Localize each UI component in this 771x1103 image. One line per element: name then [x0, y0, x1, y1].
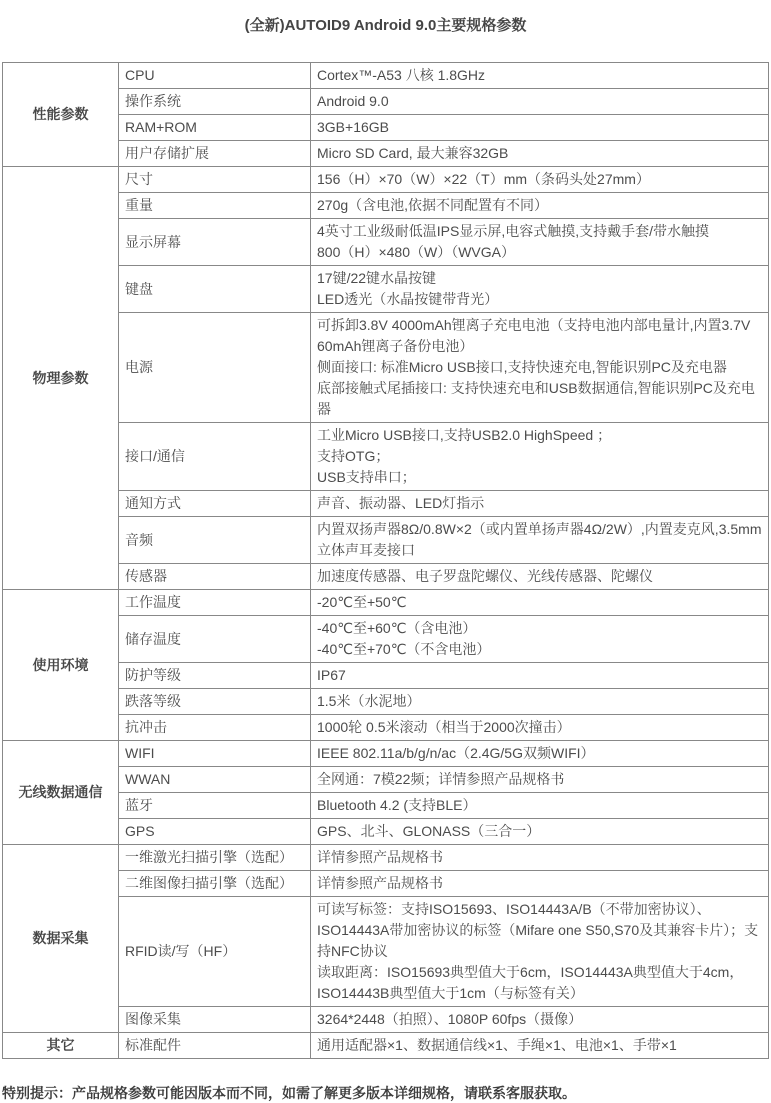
param-cell: 一维激光扫描引擎（选配）	[119, 845, 311, 871]
param-cell: WIFI	[119, 741, 311, 767]
value-cell: 3GB+16GB	[311, 115, 769, 141]
table-row: 性能参数 CPU Cortex™-A53 八核 1.8GHz	[3, 63, 769, 89]
value-cell: 270g（含电池,依据不同配置有不同）	[311, 193, 769, 219]
param-cell: 储存温度	[119, 616, 311, 663]
value-cell: Android 9.0	[311, 89, 769, 115]
param-cell: 跌落等级	[119, 689, 311, 715]
param-cell: RFID读/写（HF）	[119, 897, 311, 1007]
table-row: 使用环境 工作温度 -20℃至+50℃	[3, 590, 769, 616]
param-cell: 键盘	[119, 266, 311, 313]
value-cell: 通用适配器×1、数据通信线×1、手绳×1、电池×1、手带×1	[311, 1033, 769, 1059]
value-cell: IEEE 802.11a/b/g/n/ac（2.4G/5G双频WIFI）	[311, 741, 769, 767]
param-cell: 通知方式	[119, 491, 311, 517]
param-cell: 抗冲击	[119, 715, 311, 741]
value-cell: 156（H）×70（W）×22（T）mm（条码头处27mm）	[311, 167, 769, 193]
param-cell: 图像采集	[119, 1007, 311, 1033]
value-cell: 声音、振动器、LED灯指示	[311, 491, 769, 517]
param-cell: 接口/通信	[119, 423, 311, 491]
table-row: 数据采集 一维激光扫描引擎（选配） 详情参照产品规格书	[3, 845, 769, 871]
value-cell: 3264*2448（拍照）、1080P 60fps（摄像）	[311, 1007, 769, 1033]
param-cell: GPS	[119, 819, 311, 845]
param-cell: 传感器	[119, 564, 311, 590]
param-cell: 电源	[119, 313, 311, 423]
category-cell-performance: 性能参数	[3, 63, 119, 167]
category-cell-environment: 使用环境	[3, 590, 119, 741]
param-cell: 标准配件	[119, 1033, 311, 1059]
param-cell: 工作温度	[119, 590, 311, 616]
param-cell: 防护等级	[119, 663, 311, 689]
category-cell-physical: 物理参数	[3, 167, 119, 590]
category-cell-data-capture: 数据采集	[3, 845, 119, 1033]
value-cell: 详情参照产品规格书	[311, 845, 769, 871]
param-cell: 二维图像扫描引擎（选配）	[119, 871, 311, 897]
param-cell: 显示屏幕	[119, 219, 311, 266]
spec-table: 性能参数 CPU Cortex™-A53 八核 1.8GHz 操作系统 Andr…	[2, 62, 769, 1059]
param-cell: 蓝牙	[119, 793, 311, 819]
param-cell: CPU	[119, 63, 311, 89]
category-cell-wireless: 无线数据通信	[3, 741, 119, 845]
table-row: 其它 标准配件 通用适配器×1、数据通信线×1、手绳×1、电池×1、手带×1	[3, 1033, 769, 1059]
value-cell: -40℃至+60℃（含电池） -40℃至+70℃（不含电池）	[311, 616, 769, 663]
param-cell: RAM+ROM	[119, 115, 311, 141]
value-cell: GPS、北斗、GLONASS（三合一）	[311, 819, 769, 845]
value-cell: 17键/22键水晶按键 LED透光（水晶按键带背光）	[311, 266, 769, 313]
value-cell: 可读写标签：支持ISO15693、ISO14443A/B（不带加密协议）、ISO…	[311, 897, 769, 1007]
value-cell: 内置双扬声器8Ω/0.8W×2（或内置单扬声器4Ω/2W）,内置麦克风,3.5m…	[311, 517, 769, 564]
value-cell: Cortex™-A53 八核 1.8GHz	[311, 63, 769, 89]
value-cell: Micro SD Card, 最大兼容32GB	[311, 141, 769, 167]
param-cell: 用户存储扩展	[119, 141, 311, 167]
value-cell: 工业Micro USB接口,支持USB2.0 HighSpeed ； 支持OTG…	[311, 423, 769, 491]
value-cell: 加速度传感器、电子罗盘陀螺仪、光线传感器、陀螺仪	[311, 564, 769, 590]
value-cell: -20℃至+50℃	[311, 590, 769, 616]
param-cell: 操作系统	[119, 89, 311, 115]
param-cell: 尺寸	[119, 167, 311, 193]
value-cell: Bluetooth 4.2 (支持BLE）	[311, 793, 769, 819]
value-cell: IP67	[311, 663, 769, 689]
value-cell: 4英寸工业级耐低温IPS显示屏,电容式触摸,支持戴手套/带水触摸 800（H）×…	[311, 219, 769, 266]
value-cell: 可拆卸3.8V 4000mAh锂离子充电电池（支持电池内部电量计,内置3.7V …	[311, 313, 769, 423]
special-note: 特别提示：产品规格参数可能因版本而不同，如需了解更多版本详细规格，请联系客服获取…	[2, 1084, 769, 1103]
param-cell: 重量	[119, 193, 311, 219]
param-cell: WWAN	[119, 767, 311, 793]
table-row: 无线数据通信 WIFI IEEE 802.11a/b/g/n/ac（2.4G/5…	[3, 741, 769, 767]
value-cell: 1000轮 0.5米滚动（相当于2000次撞击）	[311, 715, 769, 741]
param-cell: 音频	[119, 517, 311, 564]
value-cell: 1.5米（水泥地）	[311, 689, 769, 715]
page-title: (全新)AUTOID9 Android 9.0主要规格参数	[0, 0, 771, 35]
table-row: 物理参数 尺寸 156（H）×70（W）×22（T）mm（条码头处27mm）	[3, 167, 769, 193]
category-cell-other: 其它	[3, 1033, 119, 1059]
value-cell: 详情参照产品规格书	[311, 871, 769, 897]
value-cell: 全网通：7模22频；详情参照产品规格书	[311, 767, 769, 793]
